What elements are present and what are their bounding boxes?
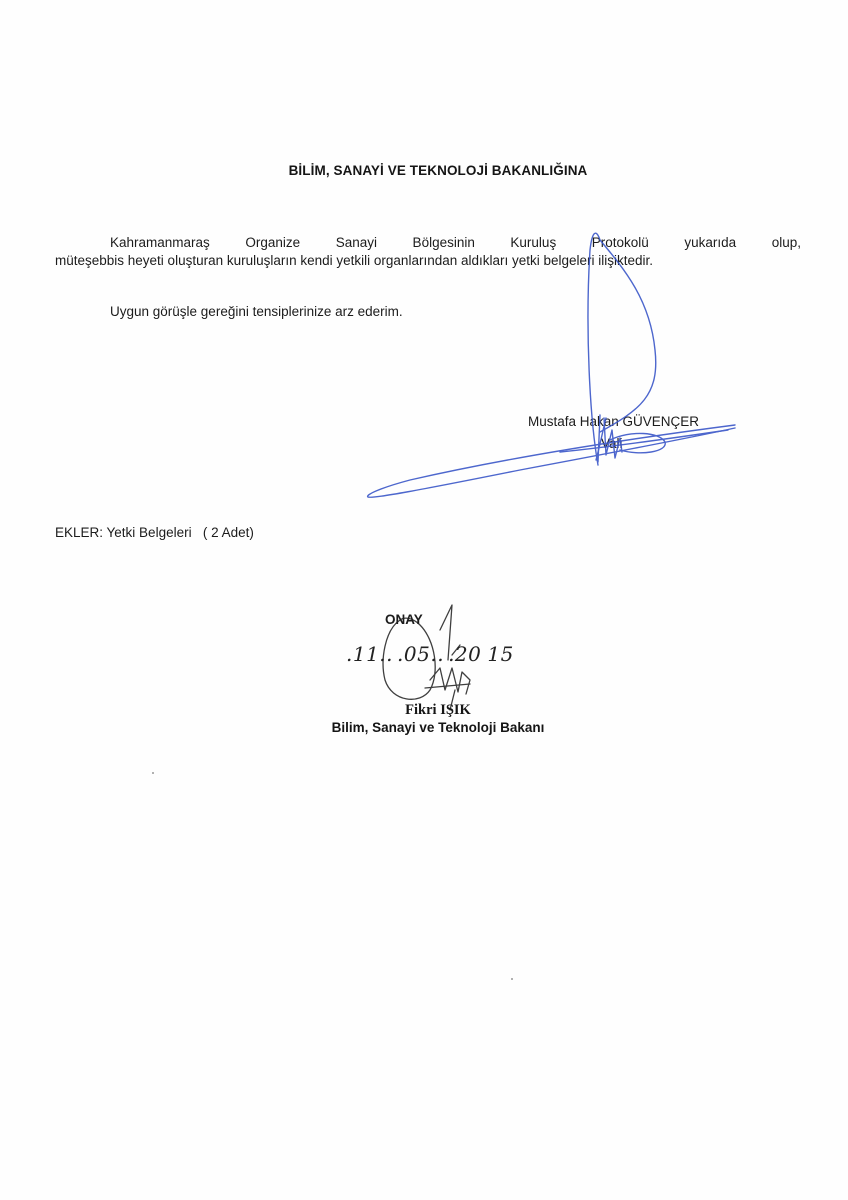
scan-speck [511,978,513,980]
body-paragraph-1: Kahramanmaraş Organize Sanayi Bölgesinin… [55,234,801,270]
minister-name: Fikri IŞIK [0,702,848,719]
signer-title: Vali [601,436,623,451]
scan-speck [152,772,154,774]
signer-name: Mustafa Hakan GÜVENÇER [528,414,699,429]
governor-signature-icon [0,0,848,1200]
attachments-note: EKLER: Yetki Belgeleri ( 2 Adet) [55,525,254,540]
approval-label: ONAY [385,612,423,627]
document-page: BİLİM, SANAYİ VE TEKNOLOJİ BAKANLIĞINA K… [0,0,848,1200]
minister-signature-icon [0,0,848,1200]
body-paragraph-2: Uygun görüşle gereğini tensiplerinize ar… [110,303,610,321]
body-paragraph-1-line-2: müteşebbis heyeti oluşturan kuruluşların… [55,252,801,270]
document-heading: BİLİM, SANAYİ VE TEKNOLOJİ BAKANLIĞINA [0,163,848,178]
minister-title: Bilim, Sanayi ve Teknoloji Bakanı [0,720,848,735]
approval-date: .11...05...2015 [346,642,514,666]
body-paragraph-1-line-1: Kahramanmaraş Organize Sanayi Bölgesinin… [55,234,801,252]
